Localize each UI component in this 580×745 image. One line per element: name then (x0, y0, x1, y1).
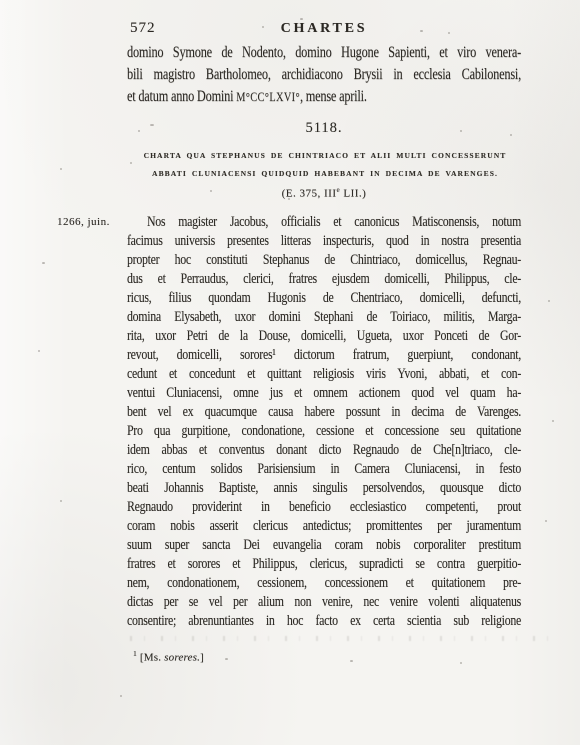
intro-last-line-text: et datum anno Domini (127, 87, 236, 105)
intro-paragraph: domino Symone de Nodento, domino Hugone … (127, 42, 521, 108)
scan-speck (548, 300, 550, 302)
charter-body-text: Nos magister Jacobus, officialis et cano… (127, 212, 521, 630)
scan-speck (60, 500, 62, 502)
scan-speck (262, 26, 264, 28)
scan-speck (350, 660, 353, 662)
footnote-prefix: [Ms. (137, 652, 164, 664)
intro-last-line-end: , mense aprili. (300, 87, 367, 105)
scan-speck (460, 130, 462, 132)
margin-date: 1266, juin. (57, 216, 125, 228)
scan-speck (552, 420, 554, 422)
scan-speck (288, 198, 290, 200)
scanned-book-page: 572 CHARTES domino Symone de Nodento, do… (0, 0, 580, 745)
footnote-ms-reading: soreres. (164, 652, 200, 664)
scan-speck (460, 662, 462, 664)
scan-speck (42, 262, 45, 264)
scan-speck (510, 134, 512, 136)
intro-line: et datum anno Domini M°CC°LXVI°, mense a… (127, 86, 521, 114)
roman-date-numerals: M°CC°LXVI° (236, 91, 300, 105)
running-title: CHARTES (127, 21, 521, 37)
footnote: 1 [Ms. soreres.] (133, 649, 204, 664)
scan-speck (60, 168, 62, 170)
charter-archive-reference: (E. 375, IIIe LII.) (127, 186, 521, 200)
scan-speck (138, 130, 140, 132)
scan-speck (448, 32, 450, 34)
scan-speck (420, 30, 423, 32)
reference-suffix: LII.) (340, 188, 366, 200)
page-header: 572 CHARTES (127, 20, 521, 40)
scan-speck (120, 695, 122, 697)
scan-speck (130, 162, 132, 164)
scan-noise-row (130, 636, 550, 641)
scan-speck (150, 124, 154, 126)
scan-speck (300, 18, 303, 20)
charter-number: 5118. (127, 120, 521, 137)
scan-speck (210, 190, 212, 192)
scan-speck (225, 658, 228, 660)
scan-speck (545, 520, 547, 522)
charter-heading-line1: CHARTA QUA STEPHANUS DE CHINTRIACO ET AL… (110, 151, 540, 160)
body-line: consentire; abrenuntiantes in hoc facto … (127, 611, 521, 635)
scan-speck (38, 350, 40, 352)
charter-heading-line2: ABBATI CLUNIACENSI QUIDQUID HABEBANT IN … (110, 169, 540, 178)
footnote-suffix: ] (200, 652, 204, 664)
